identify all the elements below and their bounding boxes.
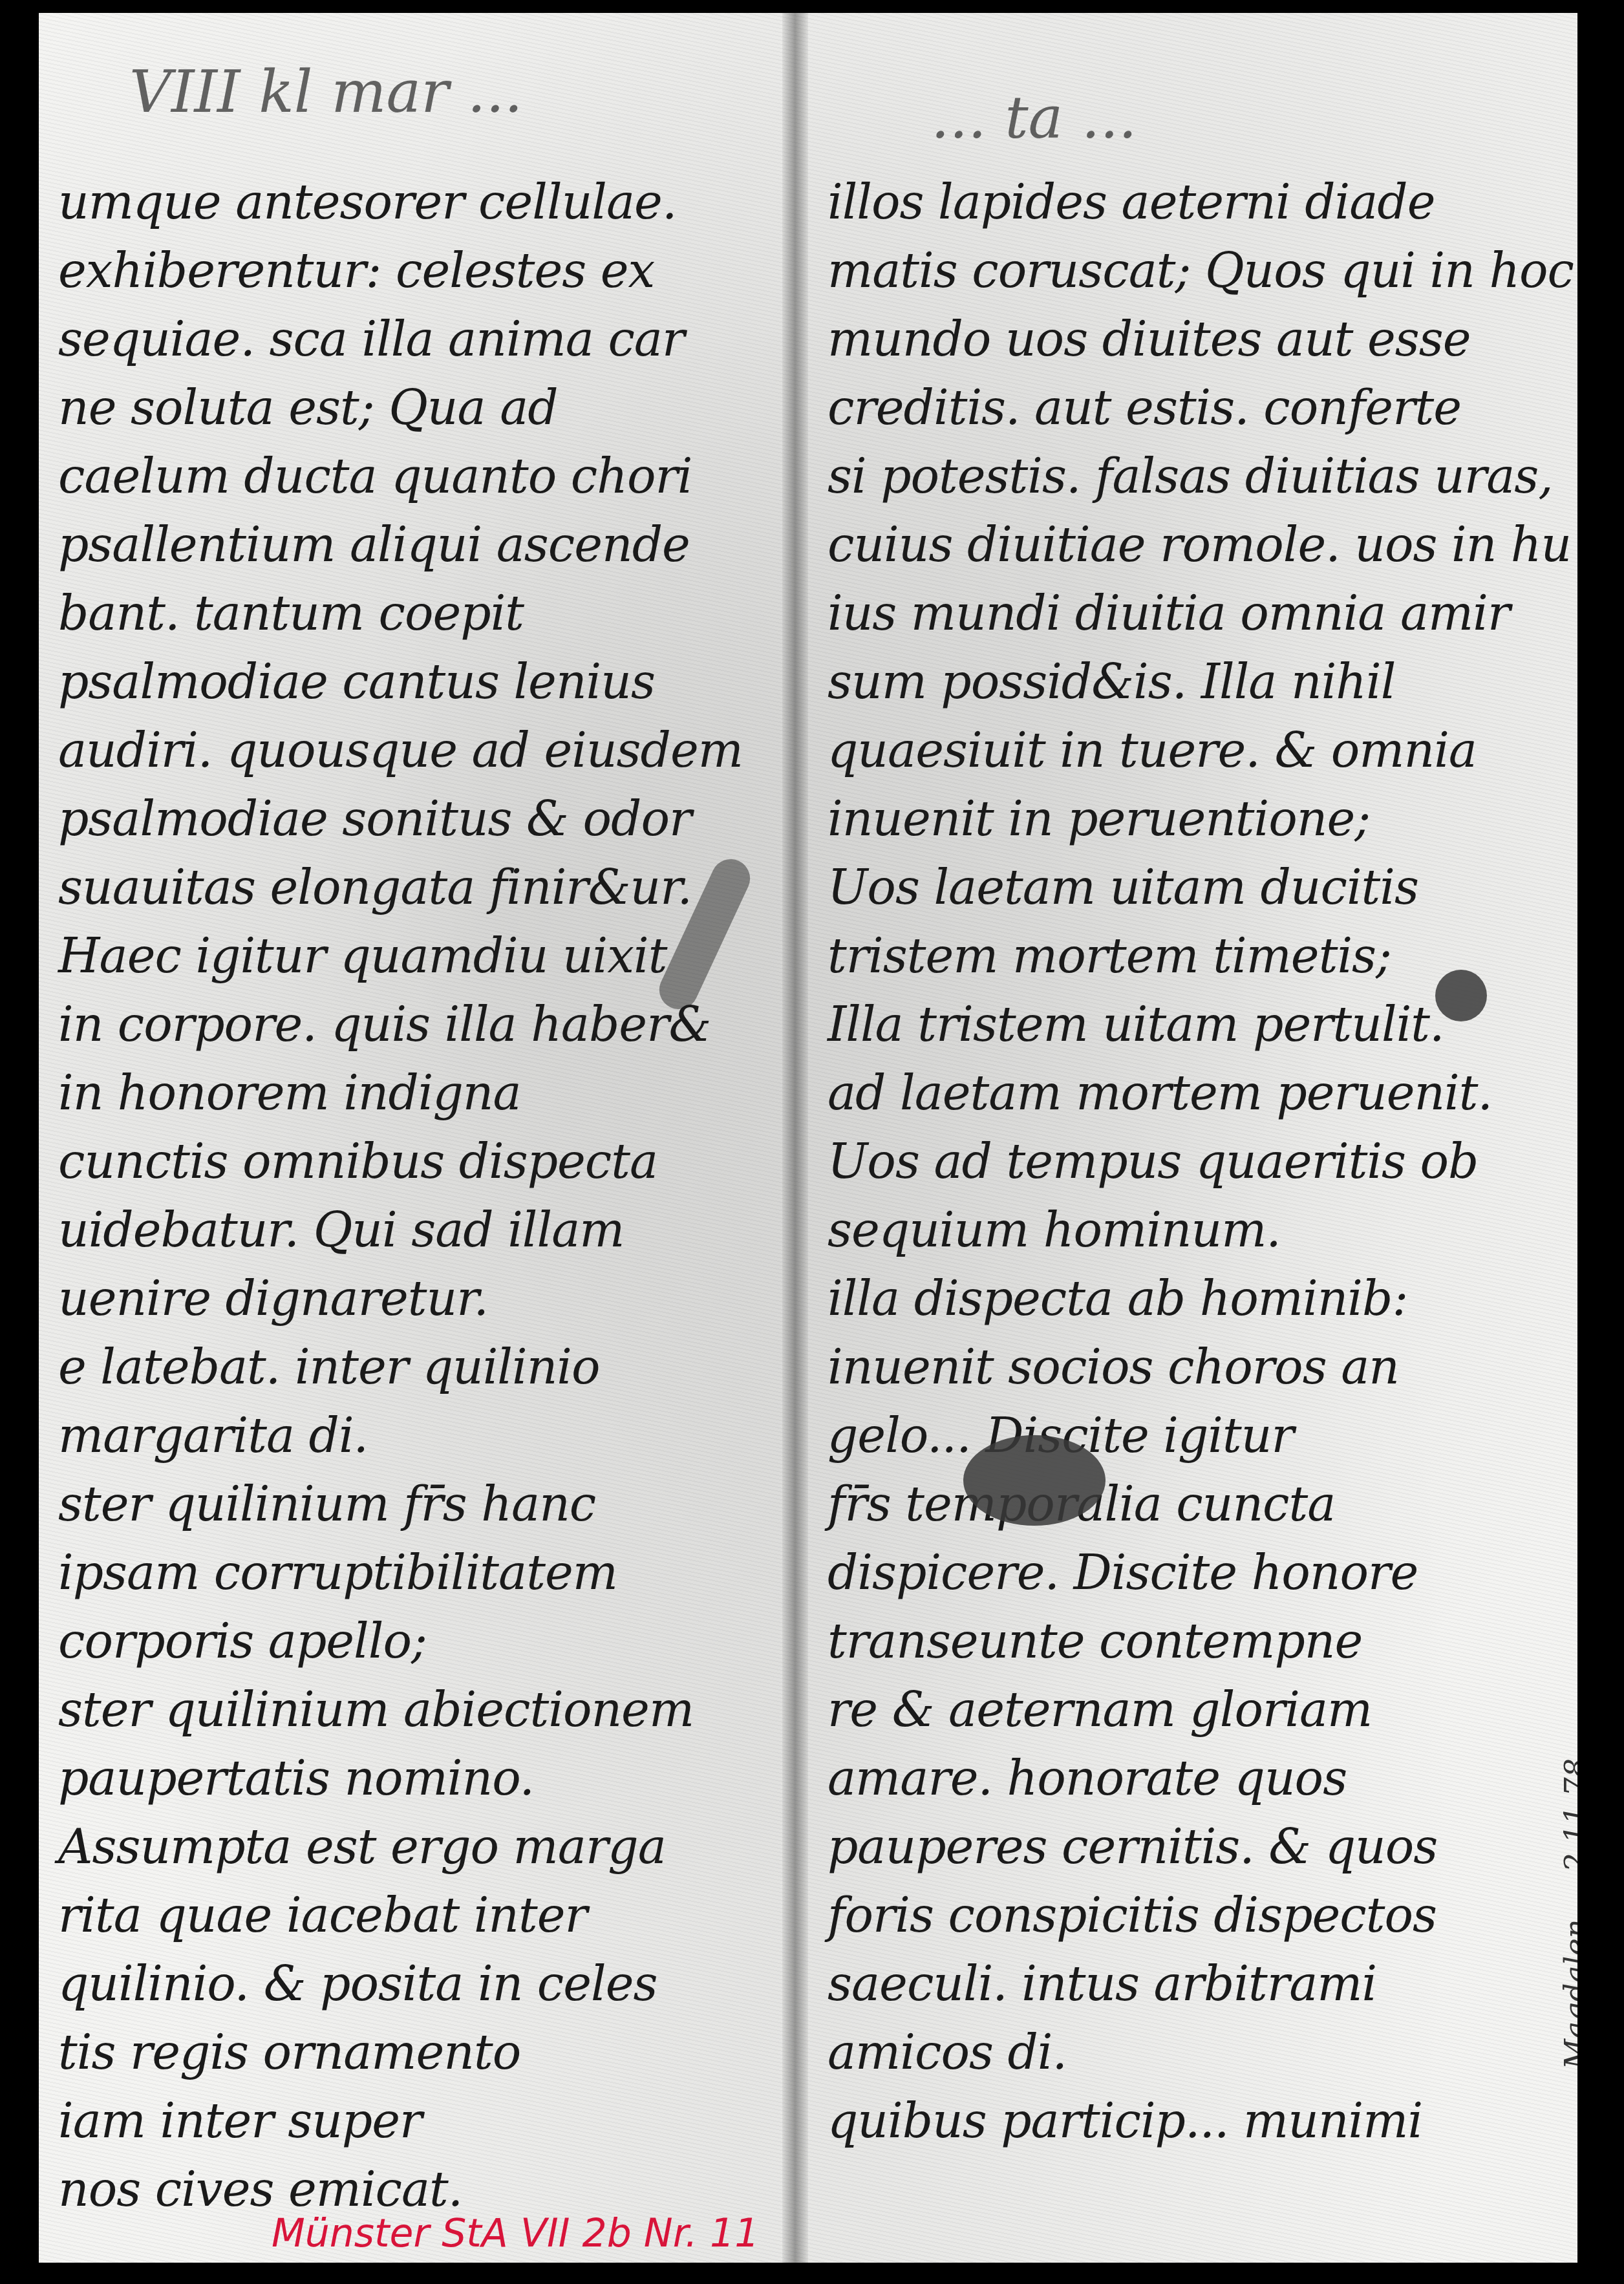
text-line: quilinio. & posita in celes <box>58 1950 743 2018</box>
text-line: illos lapides aeterni diade <box>828 168 1513 237</box>
text-line: sequium hominum. <box>828 1196 1513 1265</box>
text-line: ipsam corruptibilitatem <box>58 1539 743 1607</box>
text-line: matis coruscat; Quos qui in hoc <box>828 237 1513 305</box>
margin-note: Magdalen ... 2.11.78 <box>1558 1758 1577 2069</box>
text-line: pauperes cernitis. & quos <box>828 1813 1513 1881</box>
text-line: inuenit in peruentione; <box>828 785 1513 853</box>
right-column: illos lapides aeterni diade matis corusc… <box>828 168 1513 2155</box>
text-line: re & aeternam gloriam <box>828 1676 1513 1744</box>
text-line: uidebatur. Qui sad illam <box>58 1196 743 1265</box>
text-line: in honorem indigna <box>58 1059 743 1127</box>
text-line: quaesiuit in tuere. & omnia <box>828 716 1513 785</box>
text-line: ne soluta est; Qua ad <box>58 374 743 442</box>
left-column: umque antesorer cellulae. exhiberentur: … <box>58 168 743 2224</box>
text-line: mundo uos diuites aut esse <box>828 305 1513 374</box>
text-line: iam inter super <box>58 2087 743 2155</box>
text-line: e latebat. inter quilinio <box>58 1333 743 1402</box>
text-line: gelo... Discite igitur <box>828 1402 1513 1470</box>
binding-gutter <box>782 13 808 2263</box>
text-line: amicos di. <box>828 2018 1513 2087</box>
manuscript-page: VIII kl mar ... ... ta ... umque antesor… <box>39 13 1577 2263</box>
archive-shelfmark: Münster StA VII 2b Nr. 11 <box>272 2211 759 2256</box>
text-line: audiri. quousque ad eiusdem <box>58 716 743 785</box>
text-line: margarita di. <box>58 1402 743 1470</box>
text-line: exhiberentur: celestes ex <box>58 237 743 305</box>
text-line: umque antesorer cellulae. <box>58 168 743 237</box>
text-line: ster quilinium abiectionem <box>58 1676 743 1744</box>
text-line: Assumpta est ergo marga <box>58 1813 743 1881</box>
text-line: sum possid&is. Illa nihil <box>828 648 1513 716</box>
text-line: cuius diuitiae romole. uos in hu <box>828 511 1513 579</box>
text-line: in corpore. quis illa haber& <box>58 990 743 1059</box>
text-line: illa dispecta ab hominib: <box>828 1265 1513 1333</box>
text-line: cunctis omnibus dispecta <box>58 1127 743 1196</box>
text-line: amare. honorate quos <box>828 1744 1513 1813</box>
text-line: dispicere. Discite honore <box>828 1539 1513 1607</box>
text-line: creditis. aut estis. conferte <box>828 374 1513 442</box>
heading-left: VIII kl mar ... <box>129 58 523 126</box>
text-line: inuenit socios choros an <box>828 1333 1513 1402</box>
text-line: psallentium aliqui ascende <box>58 511 743 579</box>
text-line: rita quae iacebat inter <box>58 1881 743 1950</box>
text-line: Uos ad tempus quaeritis ob <box>828 1127 1513 1196</box>
text-line: quibus particip... munimi <box>828 2087 1513 2155</box>
text-line: saeculi. intus arbitrami <box>828 1950 1513 2018</box>
text-line: fr̄s temporalia cuncta <box>828 1470 1513 1539</box>
text-line: Uos laetam uitam ducitis <box>828 853 1513 922</box>
text-line: corporis apello; <box>58 1607 743 1676</box>
text-line: si potestis. falsas diuitias uras, <box>828 442 1513 511</box>
ink-blot-large <box>963 1435 1106 1526</box>
text-line: tristem mortem timetis; <box>828 922 1513 990</box>
text-line: psalmodiae sonitus & odor <box>58 785 743 853</box>
text-line: paupertatis nomino. <box>58 1744 743 1813</box>
text-line: psalmodiae cantus lenius <box>58 648 743 716</box>
text-line: transeunte contempne <box>828 1607 1513 1676</box>
heading-right: ... ta ... <box>931 84 1137 152</box>
text-line: bant. tantum coepit <box>58 579 743 648</box>
text-line: caelum ducta quanto chori <box>58 442 743 511</box>
text-line: ad laetam mortem peruenit. <box>828 1059 1513 1127</box>
text-line: tis regis ornamento <box>58 2018 743 2087</box>
text-line: uenire dignaretur. <box>58 1265 743 1333</box>
text-line: suauitas elongata finir&ur. <box>58 853 743 922</box>
text-line: ius mundi diuitia omnia amir <box>828 579 1513 648</box>
text-line: Illa tristem uitam pertulit. <box>828 990 1513 1059</box>
text-line: Haec igitur quamdiu uixit <box>58 922 743 990</box>
text-line: sequiae. sca illa anima car <box>58 305 743 374</box>
text-line: ster quilinium fr̄s hanc <box>58 1470 743 1539</box>
ink-blot-small <box>1435 970 1487 1021</box>
text-line: foris conspicitis dispectos <box>828 1881 1513 1950</box>
